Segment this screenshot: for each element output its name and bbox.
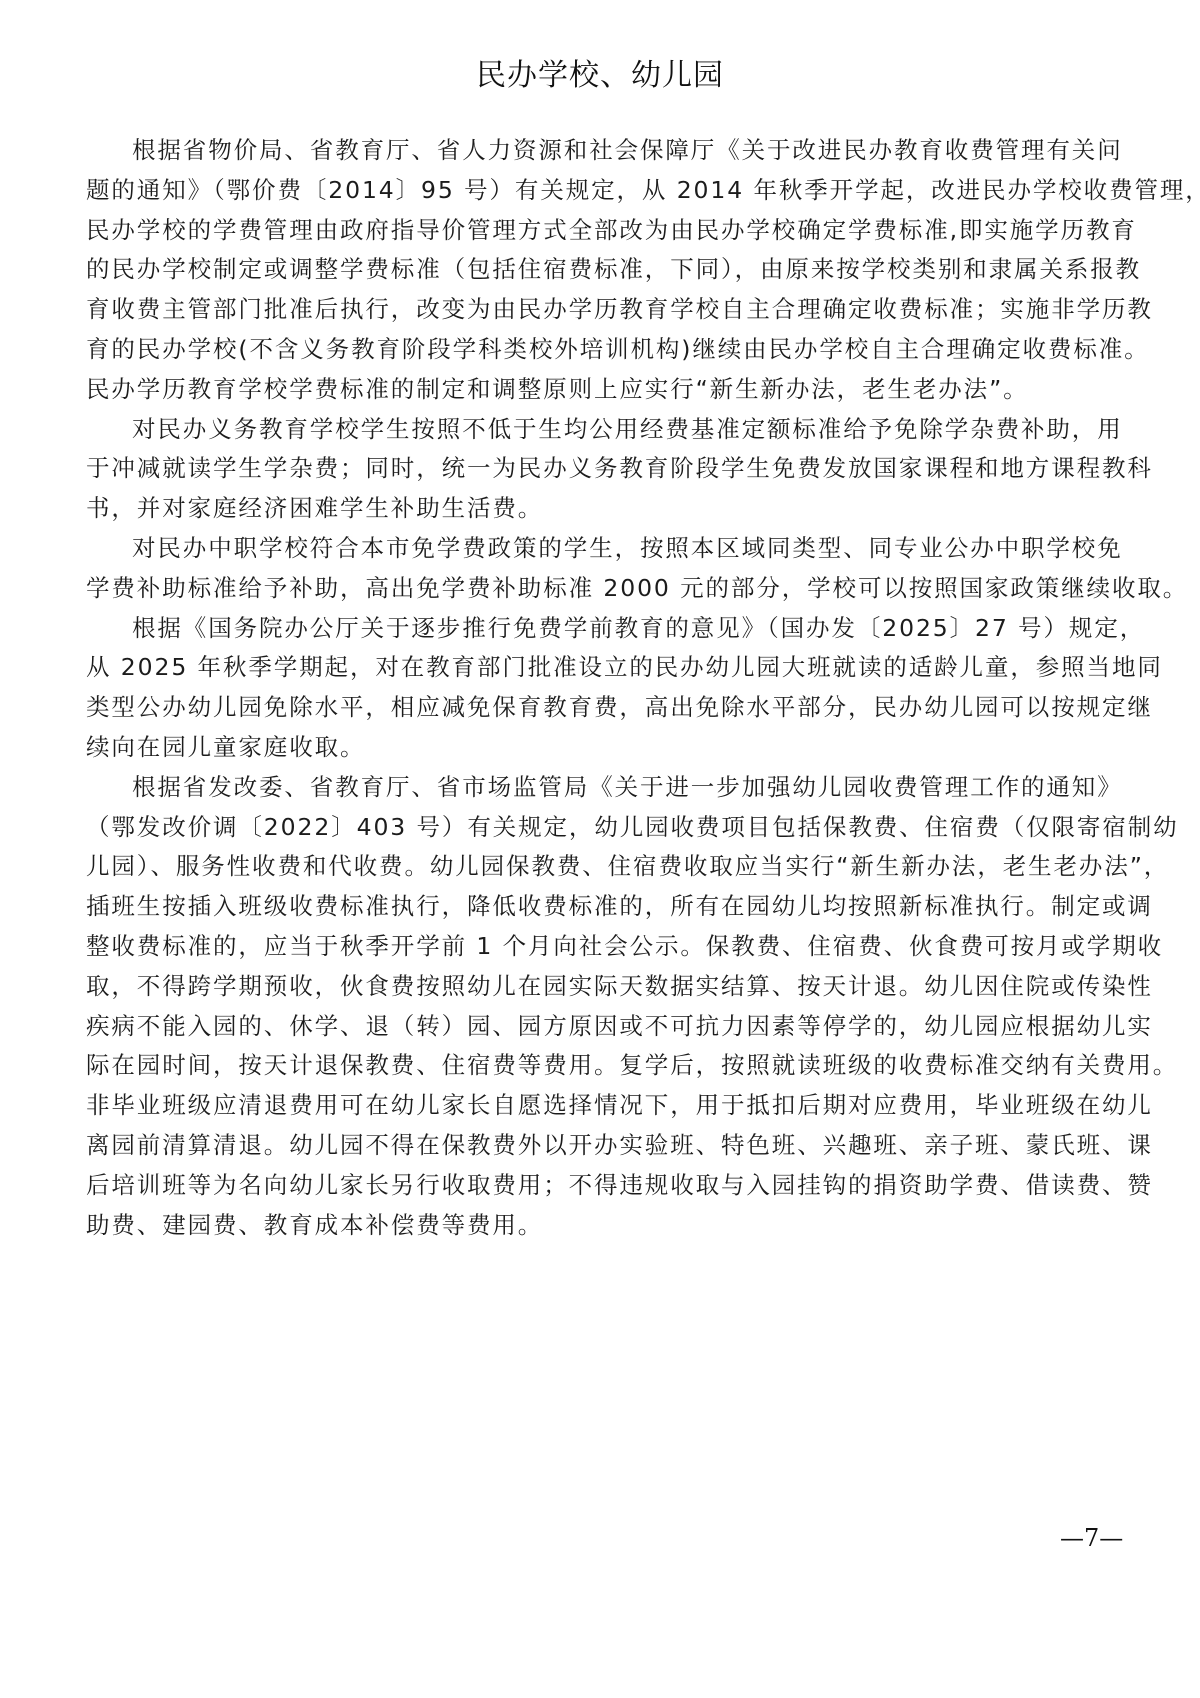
text-line: 根据《国务院办公厅关于逐步推行免费学前教育的意见》（国办发〔2025〕27 号）… bbox=[86, 609, 1166, 649]
text-line: 民办学历教育学校学费标准的制定和调整原则上应实行“新生新办法，老生老办法”。 bbox=[86, 370, 1166, 410]
text-line: 民办学校的学费管理由政府指导价管理方式全部改为由民办学校确定学费标准,即实施学历… bbox=[86, 211, 1166, 251]
text-line: 对民办中职学校符合本市免学费政策的学生，按照本区域同类型、同专业公办中职学校免 bbox=[86, 529, 1166, 569]
text-line: 际在园时间，按天计退保教费、住宿费等费用。复学后，按照就读班级的收费标准交纳有关… bbox=[86, 1046, 1166, 1086]
paragraph-free-preschool-education: 根据《国务院办公厅关于逐步推行免费学前教育的意见》（国办发〔2025〕27 号）… bbox=[86, 609, 1166, 768]
paragraph-compulsory-education-subsidy: 对民办义务教育学校学生按照不低于生均公用经费基准定额标准给予免除学杂费补助，用 … bbox=[86, 410, 1166, 529]
document-title: 民办学校、幼儿园 bbox=[0, 50, 1200, 102]
text-line: 助费、建园费、教育成本补偿费等费用。 bbox=[86, 1206, 1166, 1246]
paragraph-kindergarten-fee-management: 根据省发改委、省教育厅、省市场监管局《关于进一步加强幼儿园收费管理工作的通知》 … bbox=[86, 768, 1166, 1246]
text-line: 根据省发改委、省教育厅、省市场监管局《关于进一步加强幼儿园收费管理工作的通知》 bbox=[86, 768, 1166, 808]
text-line: 类型公办幼儿园免除水平，相应减免保育教育费，高出免除水平部分，民办幼儿园可以按规… bbox=[86, 688, 1166, 728]
text-line: 育的民办学校(不含义务教育阶段学科类校外培训机构)继续由民办学校自主合理确定收费… bbox=[86, 330, 1166, 370]
text-line: 根据省物价局、省教育厅、省人力资源和社会保障厅《关于改进民办教育收费管理有关问 bbox=[86, 131, 1166, 171]
document-page: 民办学校、幼儿园 根据省物价局、省教育厅、省人力资源和社会保障厅《关于改进民办教… bbox=[0, 0, 1200, 1698]
text-line: 对民办义务教育学校学生按照不低于生均公用经费基准定额标准给予免除学杂费补助，用 bbox=[86, 410, 1166, 450]
text-line: 育收费主管部门批准后执行，改变为由民办学历教育学校自主合理确定收费标准；实施非学… bbox=[86, 290, 1166, 330]
text-line: 于冲减就读学生学杂费；同时，统一为民办义务教育阶段学生免费发放国家课程和地方课程… bbox=[86, 449, 1166, 489]
text-line: 从 2025 年秋季学期起，对在教育部门批准设立的民办幼儿园大班就读的适龄儿童，… bbox=[86, 648, 1166, 688]
text-line: 离园前清算清退。幼儿园不得在保教费外以开办实验班、特色班、兴趣班、亲子班、蒙氏班… bbox=[86, 1126, 1166, 1166]
text-line: 插班生按插入班级收费标准执行，降低收费标准的，所有在园幼儿均按照新标准执行。制定… bbox=[86, 887, 1166, 927]
text-line: （鄂发改价调〔2022〕403 号）有关规定，幼儿园收费项目包括保教费、住宿费（… bbox=[86, 808, 1166, 848]
page-number: —7— bbox=[1060, 1523, 1123, 1553]
text-line: 儿园）、服务性收费和代收费。幼儿园保教费、住宿费收取应当实行“新生新办法，老生老… bbox=[86, 847, 1166, 887]
text-line: 的民办学校制定或调整学费标准（包括住宿费标准，下同），由原来按学校类别和隶属关系… bbox=[86, 250, 1166, 290]
paragraph-private-school-tuition: 根据省物价局、省教育厅、省人力资源和社会保障厅《关于改进民办教育收费管理有关问 … bbox=[86, 131, 1166, 410]
text-line: 取，不得跨学期预收，伙食费按照幼儿在园实际天数据实结算、按天计退。幼儿因住院或传… bbox=[86, 967, 1166, 1007]
text-line: 整收费标准的，应当于秋季开学前 1 个月向社会公示。保教费、住宿费、伙食费可按月… bbox=[86, 927, 1166, 967]
text-line: 题的通知》（鄂价费〔2014〕95 号）有关规定，从 2014 年秋季开学起，改… bbox=[86, 171, 1166, 211]
document-body: 根据省物价局、省教育厅、省人力资源和社会保障厅《关于改进民办教育收费管理有关问 … bbox=[86, 131, 1166, 1245]
paragraph-vocational-school-subsidy: 对民办中职学校符合本市免学费政策的学生，按照本区域同类型、同专业公办中职学校免 … bbox=[86, 529, 1166, 609]
text-line: 非毕业班级应清退费用可在幼儿家长自愿选择情况下，用于抵扣后期对应费用，毕业班级在… bbox=[86, 1086, 1166, 1126]
text-line: 书，并对家庭经济困难学生补助生活费。 bbox=[86, 489, 1166, 529]
text-line: 疾病不能入园的、休学、退（转）园、园方原因或不可抗力因素等停学的，幼儿园应根据幼… bbox=[86, 1007, 1166, 1047]
text-line: 后培训班等为名向幼儿家长另行收取费用；不得违规收取与入园挂钩的捐资助学费、借读费… bbox=[86, 1166, 1166, 1206]
text-line: 续向在园儿童家庭收取。 bbox=[86, 728, 1166, 768]
text-line: 学费补助标准给予补助，高出免学费补助标准 2000 元的部分，学校可以按照国家政… bbox=[86, 569, 1166, 609]
